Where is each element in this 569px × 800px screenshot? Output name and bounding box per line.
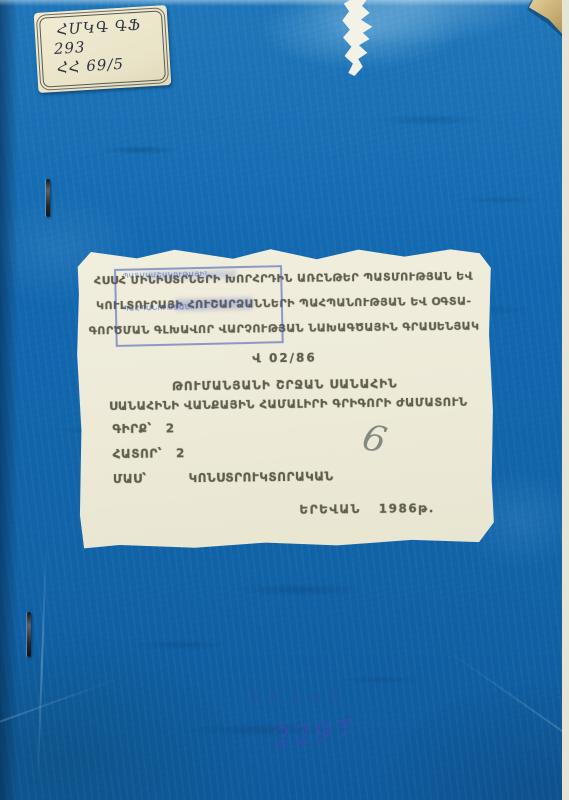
crease-line (37, 545, 47, 780)
year: 1986թ. (379, 501, 435, 516)
staple-icon (46, 179, 50, 217)
worn-patch (290, 0, 540, 55)
folder-spine-shading (0, 0, 18, 800)
book-label: ԳԻՐՔ՝ (112, 422, 152, 436)
organization-line-3: ԳՈՐԾՄԱՆ ԳԼԽԱՎՈՐ ՎԱՐՉՈՒԹՅԱՆ ՆԱԽԱԳԾԱՅԻՆ ԳՐ… (75, 319, 493, 337)
part-label: ՄԱՍ՝ (113, 472, 147, 486)
staple-icon (27, 612, 31, 657)
folder-cover: ՀՄԿԳ ԳՖ 293 ՀՀ 69/5 ՀՍՍՀ ՄԻՆԻՍՏՐՆԵՐԻ ԽՈՐ… (0, 0, 564, 800)
document-number: Վ 02/86 (75, 348, 493, 367)
organization-line-2: ԿՈՒԼՏՈՒՐԱՅԻ ՀՈՒՇԱՐՁԱՆՆԵՐԻ ՊԱՀՊԱՆՈՒԹՅԱՆ Ե… (75, 294, 493, 312)
region-line: ԹՈՒՄԱՆՅԱՆԻ ՇՐՋԱՆ ՍԱՆԱՀԻՆ (76, 375, 494, 394)
worn-top-edge (0, 0, 562, 6)
part-value: ԿՈՆՍՏՐՈՒԿՏՈՐԱԿԱՆ (189, 469, 334, 485)
faint-stamp-word: АРХИВ (250, 692, 350, 707)
volume-label: ՀԱՏՈՐ՝ (113, 447, 163, 462)
title-label: ՀՍՍՀ ՄԻՆԻՍՏՐՆԵՐԻ ԽՈՐՀՐԴԻՆ ԱՌԸՆԹԵՐ ՊԱՏՄՈՒ… (74, 243, 496, 551)
book-value: 2 (166, 421, 175, 435)
city-year-line: ԵՐԵՎԱՆ1986թ. (299, 501, 435, 517)
crease-line (443, 647, 567, 735)
torn-paper-scrap (340, 0, 378, 76)
archive-code-label: ՀՄԿԳ ԳՖ 293 ՀՀ 69/5 (34, 5, 172, 93)
city: ԵՐԵՎԱՆ (299, 502, 361, 517)
scanner-background-strip (562, 0, 569, 800)
archive-code-frame: ՀՄԿԳ ԳՖ 293 ՀՀ 69/5 (39, 10, 166, 87)
part-line: ՄԱՍ՝ԿՈՆՍՏՐՈՒԿՏՈՐԱԿԱՆ (113, 469, 334, 486)
object-title-line: ՍԱՆԱՀԻՆԻ ՎԱՆՔԱՅԻՆ ՀԱՄԱԼԻՐԻ ԳՐԻԳՈՐԻ ԺԱՄԱՏ… (109, 395, 468, 413)
book-line: ԳԻՐՔ՝2 (112, 421, 174, 436)
organization-line-1: ՀՍՍՀ ՄԻՆԻՍՏՐՆԵՐԻ ԽՈՐՀՐԴԻՆ ԱՌԸՆԹԵՐ ՊԱՏՄՈՒ… (74, 269, 492, 287)
volume-line: ՀԱՏՈՐ՝2 (113, 446, 185, 461)
volume-value: 2 (176, 446, 185, 460)
